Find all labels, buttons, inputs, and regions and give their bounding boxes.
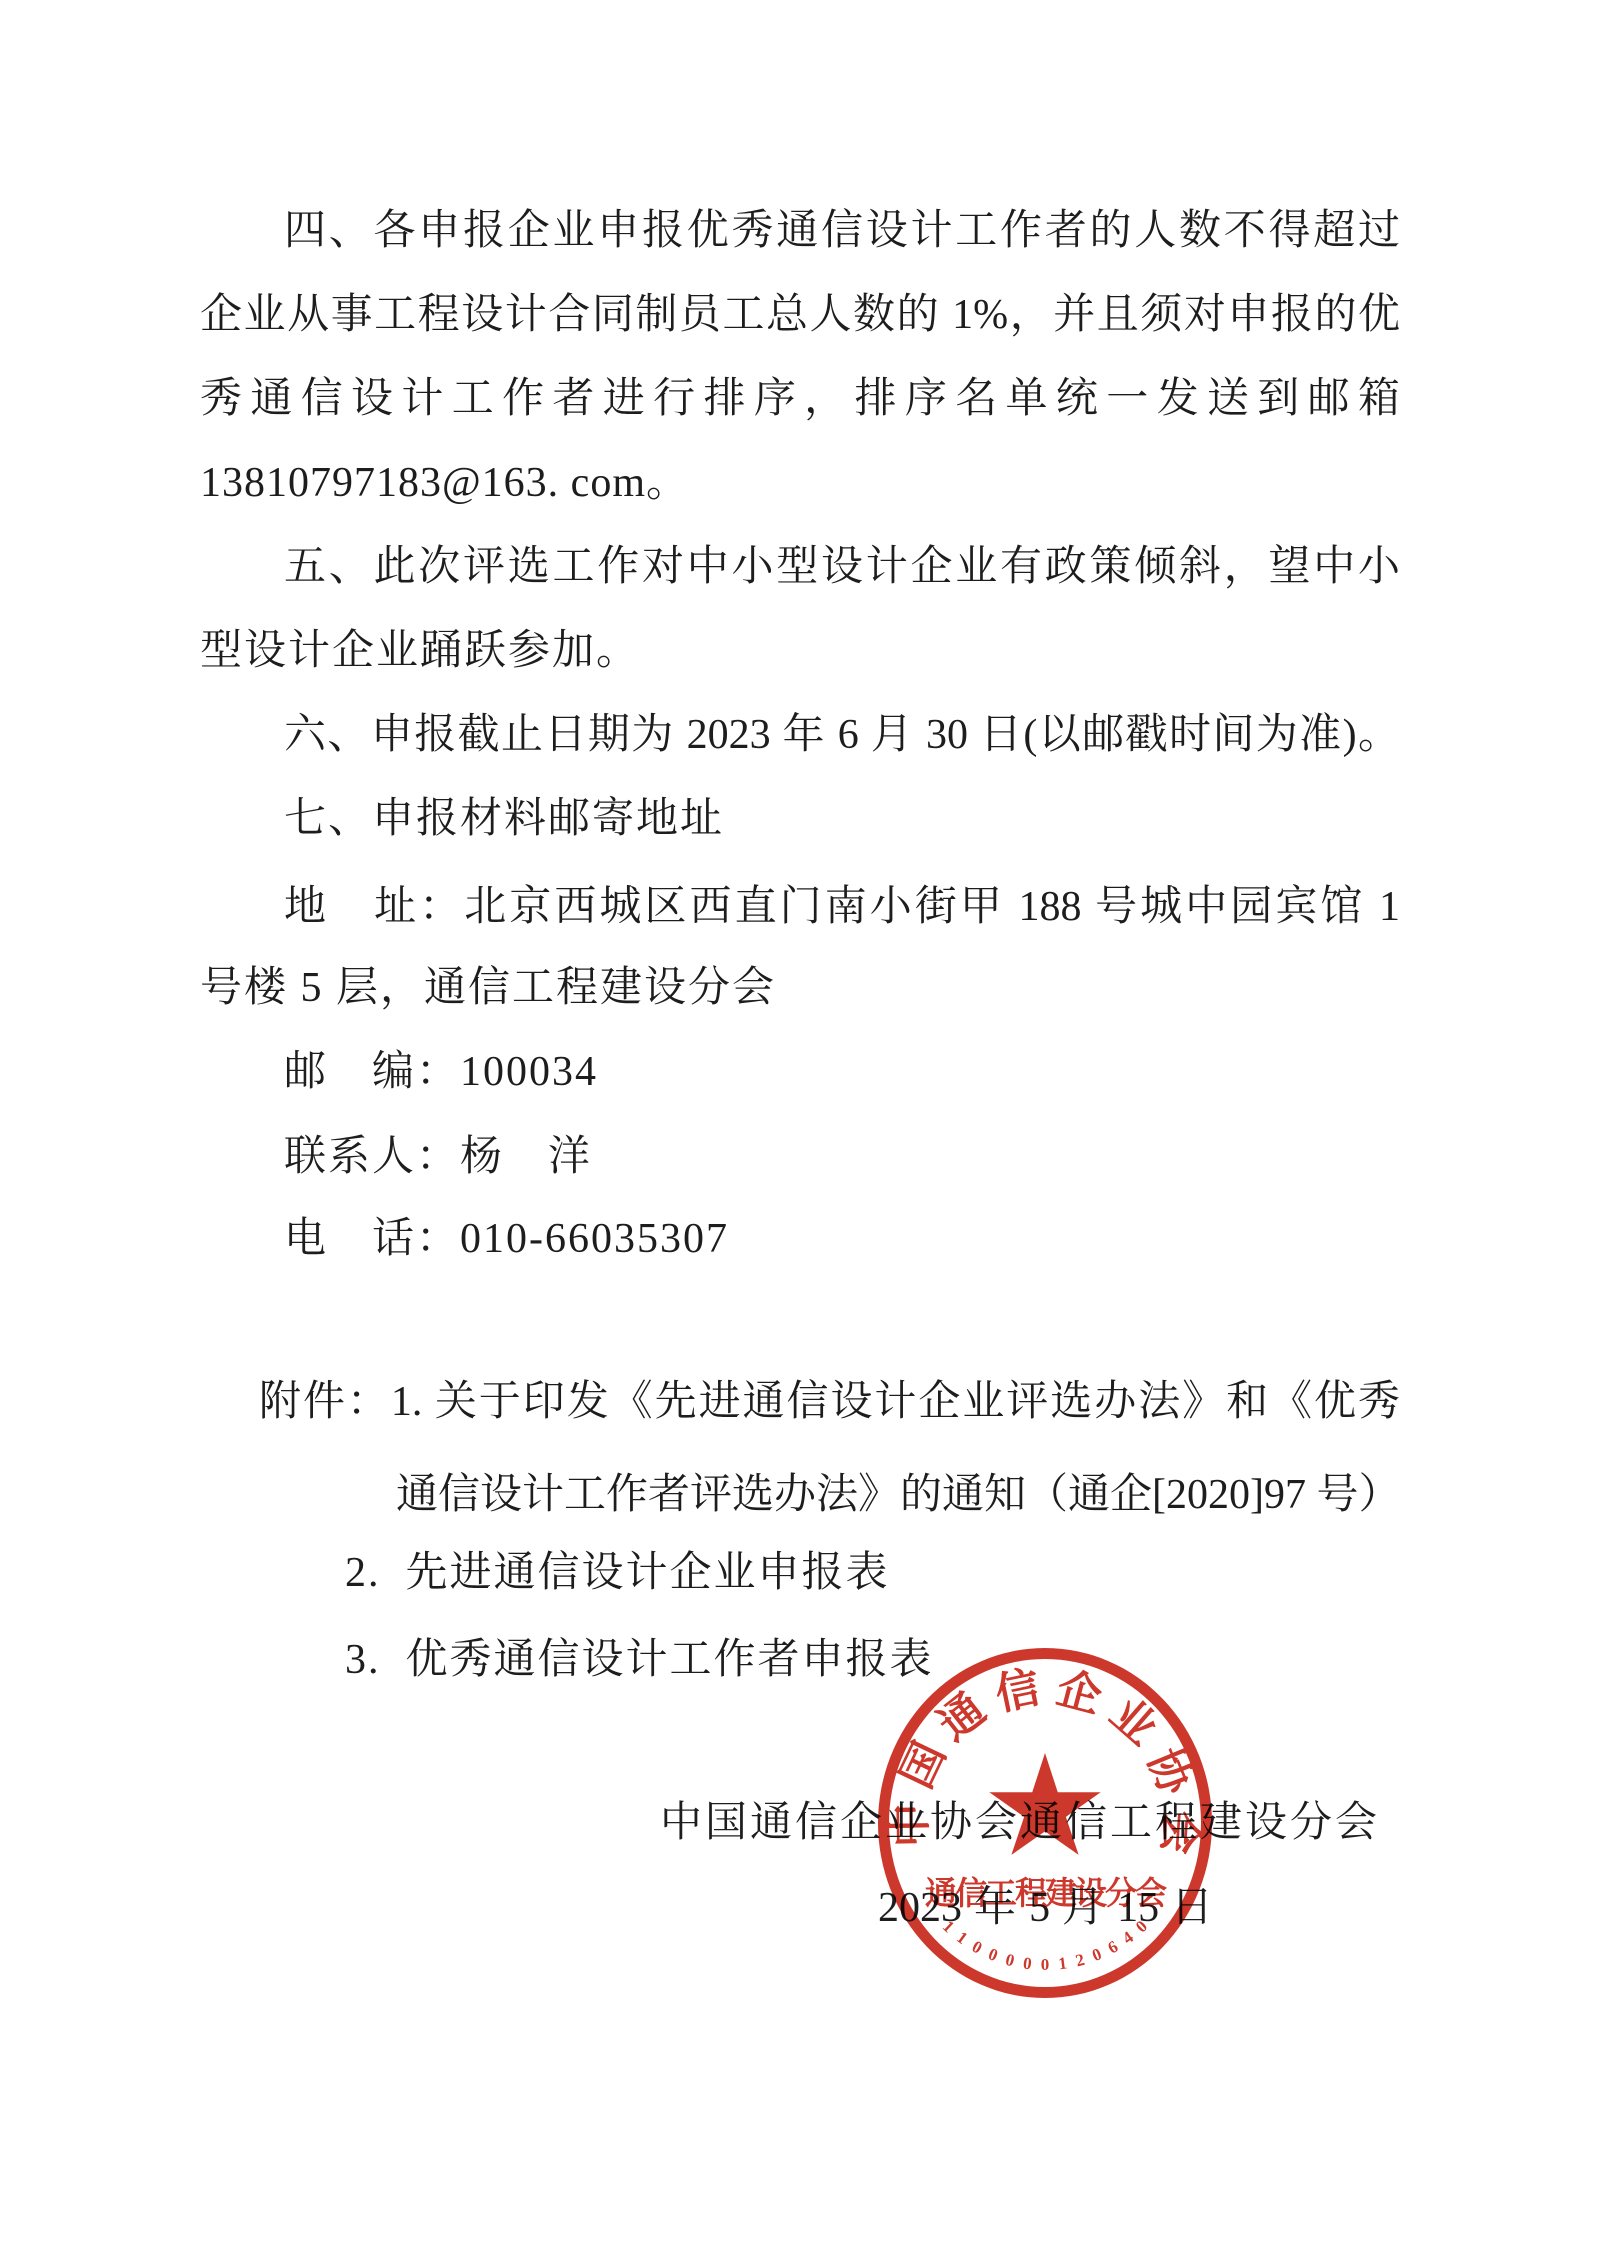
seal-serial-digit: 0 bbox=[1018, 1954, 1036, 1974]
seal-serial-digit: 0 bbox=[1000, 1950, 1020, 1971]
address-line2: 号楼 5 层，通信工程建设分会 bbox=[200, 962, 1400, 1016]
para7-heading-line: 七、申报材料邮寄地址 bbox=[284, 793, 1400, 847]
attachment1-line2: 通信设计工作者评选办法》的通知（通企[2020]97 号） bbox=[396, 1469, 1400, 1523]
seal-arc-char: 国 bbox=[893, 1735, 954, 1796]
seal-serial-digit: 0 bbox=[1037, 1956, 1053, 1974]
signature-organization: 中国通信企业协会通信工程建设分会 bbox=[660, 1797, 1377, 1851]
seal-arc-char: 通 bbox=[930, 1685, 995, 1750]
seal-serial-digit: 6 bbox=[1102, 1936, 1125, 1959]
attachment2-line: 2. 先进通信设计企业申报表 bbox=[345, 1547, 1400, 1601]
para5-line1: 五、此次评选工作对中小型设计企业有政策倾斜，望中小 bbox=[284, 541, 1400, 595]
para4-email-line: 13810797183@163. com。 bbox=[200, 457, 1400, 511]
signature-date: 2023 年 5 月 15 日 bbox=[878, 1882, 1213, 1936]
para6-deadline-line: 六、申报截止日期为 2023 年 6 月 30 日(以邮戳时间为准)。 bbox=[284, 709, 1400, 763]
attachment1-line1: 附件：1. 关于印发《先进通信设计企业评选办法》和《优秀 bbox=[259, 1376, 1400, 1430]
para4-line2: 企业从事工程设计合同制员工总人数的 1%，并且须对申报的优 bbox=[200, 289, 1400, 343]
address-line1: 地 址：北京西城区西直门南小街甲 188 号城中园宾馆 1 bbox=[284, 881, 1400, 935]
document-page: 四、各申报企业申报优秀通信设计工作者的人数不得超过 企业从事工程设计合同制员工总… bbox=[0, 0, 1600, 2262]
attachment3-line: 3. 优秀通信设计工作者申报表 bbox=[345, 1634, 1400, 1688]
phone-line: 电 话：010-66035307 bbox=[284, 1213, 1400, 1267]
contact-person-line: 联系人：杨 洋 bbox=[284, 1131, 1400, 1185]
seal-serial-digit: 2 bbox=[1070, 1950, 1090, 1971]
para5-line2: 型设计企业踊跃参加。 bbox=[200, 625, 1400, 679]
para4-line3: 秀通信设计工作者进行排序，排序名单统一发送到邮箱 bbox=[200, 373, 1400, 427]
seal-serial-digit: 0 bbox=[1086, 1944, 1107, 1967]
seal-serial-digit: 0 bbox=[966, 1936, 989, 1959]
seal-arc-char: 协 bbox=[1139, 1742, 1199, 1802]
seal-arc-char: 业 bbox=[1101, 1690, 1166, 1755]
seal-serial-digit: 1 bbox=[1054, 1954, 1072, 1974]
para4-line1: 四、各申报企业申报优秀通信设计工作者的人数不得超过 bbox=[284, 205, 1400, 259]
postcode-line: 邮 编：100034 bbox=[284, 1046, 1400, 1100]
seal-serial-digit: 0 bbox=[982, 1944, 1003, 1967]
